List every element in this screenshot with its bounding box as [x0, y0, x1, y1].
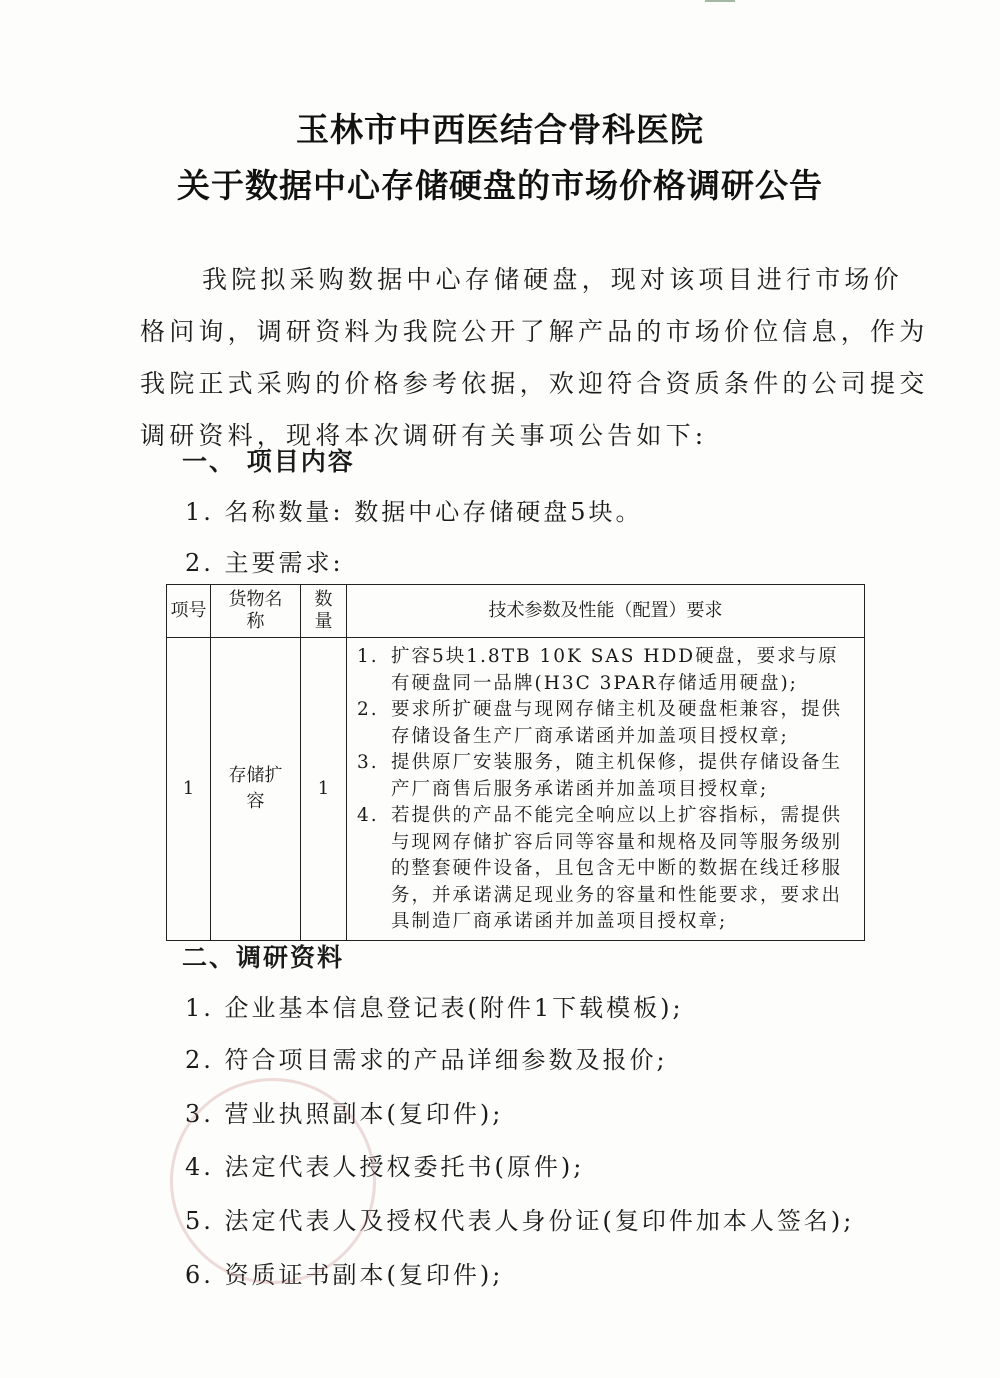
document-title-announcement: 关于数据中心存储硬盘的市场价格调研公告: [0, 160, 1000, 207]
spec-text: 若提供的产品不能完全响应以上扩容指标，需提供与现网存储扩容后同等容量和规格及同等…: [391, 805, 842, 932]
header-quantity: 数量: [301, 585, 347, 638]
project-item-main-requirements: 2. 主要需求:: [185, 543, 344, 578]
section-heading-research-materials: 二、调研资料: [182, 938, 344, 974]
table-row: 1 存储扩容 1 1.扩容5块1.8TB 10K SAS HDD硬盘，要求与原有…: [167, 638, 865, 941]
spec-text: 扩容5块1.8TB 10K SAS HDD硬盘，要求与原有硬盘同一品牌(H3C …: [391, 646, 839, 694]
spec-text: 要求所扩硬盘与现网存储主机及硬盘柜兼容，提供存储设备生产厂商承诺函并加盖项目授权…: [391, 699, 842, 747]
intro-paragraph: 我院拟采购数据中心存储硬盘，现对该项目进行市场价 格问询，调研资料为我院公开了解…: [140, 254, 870, 462]
spec-text: 提供原厂安装服务，随主机保修，提供存储设备生产厂商售后服务承诺函并加盖项目授权章…: [391, 752, 842, 800]
cell-item-no: 1: [167, 638, 211, 941]
spec-number: 3.: [357, 750, 379, 777]
requirements-table: 项号 货物名称 数量 技术参数及性能（配置）要求 1 存储扩容 1 1.扩容5块…: [166, 584, 865, 941]
spec-item: 4.若提供的产品不能完全响应以上扩容指标，需提供与现网存储扩容后同等容量和规格及…: [357, 803, 852, 936]
faded-seal-stamp: [170, 1078, 376, 1284]
intro-line: 我院拟采购数据中心存储硬盘，现对该项目进行市场价: [140, 254, 870, 306]
material-item: 1. 企业基本信息登记表(附件1下载模板);: [185, 988, 684, 1023]
spec-item: 2.要求所扩硬盘与现网存储主机及硬盘柜兼容，提供存储设备生产厂商承诺函并加盖项目…: [357, 697, 852, 750]
scan-mark: [705, 0, 735, 2]
document-page: 玉林市中西医结合骨科医院 关于数据中心存储硬盘的市场价格调研公告 我院拟采购数据…: [0, 0, 1000, 1378]
spec-number: 1.: [357, 644, 379, 671]
intro-line: 我院正式采购的价格参考依据，欢迎符合资质条件的公司提交: [140, 358, 870, 410]
intro-line: 格问询，调研资料为我院公开了解产品的市场价位信息，作为: [140, 306, 870, 358]
header-goods-name: 货物名称: [211, 585, 301, 638]
cell-technical-specs: 1.扩容5块1.8TB 10K SAS HDD硬盘，要求与原有硬盘同一品牌(H3…: [347, 638, 865, 941]
header-technical-requirements: 技术参数及性能（配置）要求: [347, 585, 865, 638]
material-item: 2. 符合项目需求的产品详细参数及报价;: [185, 1040, 668, 1075]
spec-number: 4.: [357, 803, 379, 830]
project-item-name-quantity: 1. 名称数量: 数据中心存储硬盘5块。: [185, 492, 643, 527]
document-title-hospital: 玉林市中西医结合骨科医院: [0, 104, 1000, 151]
table-header-row: 项号 货物名称 数量 技术参数及性能（配置）要求: [167, 585, 865, 638]
spec-item: 1.扩容5块1.8TB 10K SAS HDD硬盘，要求与原有硬盘同一品牌(H3…: [357, 644, 852, 697]
header-item-no: 项号: [167, 585, 211, 638]
cell-quantity: 1: [301, 638, 347, 941]
section-heading-project-content: 一、 项目内容: [182, 442, 355, 478]
cell-goods-name: 存储扩容: [211, 638, 301, 941]
spec-number: 2.: [357, 697, 379, 724]
spec-item: 3.提供原厂安装服务，随主机保修，提供存储设备生产厂商售后服务承诺函并加盖项目授…: [357, 750, 852, 803]
